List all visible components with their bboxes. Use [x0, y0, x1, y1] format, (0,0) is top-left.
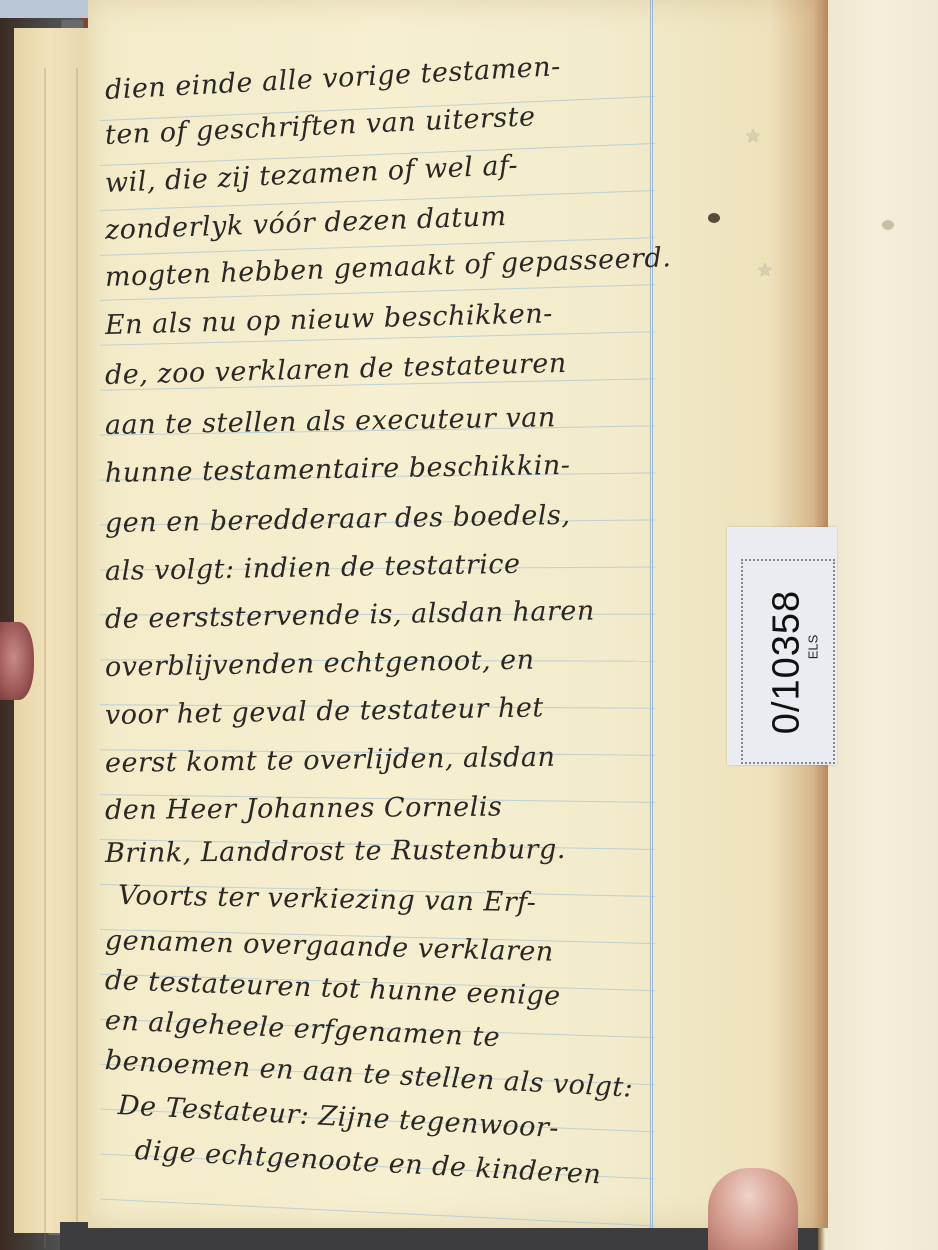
text-line: den Heer Johannes Cornelis	[105, 790, 665, 826]
page-edge	[76, 68, 78, 1248]
thumb-right	[708, 1168, 798, 1250]
paper-hole	[882, 220, 894, 230]
archive-label: 0/10358 ELS	[727, 527, 837, 765]
archive-number: 0/10358	[766, 590, 809, 734]
text-line: Brink, Landdrost te Rustenburg.	[105, 833, 665, 869]
star-punch-mark: ★	[757, 260, 773, 281]
archive-code: ELS	[806, 635, 821, 660]
paper-hole	[708, 213, 720, 223]
thumb-left	[0, 622, 34, 700]
page-edge	[44, 68, 46, 1248]
star-punch-mark: ★	[745, 126, 761, 147]
